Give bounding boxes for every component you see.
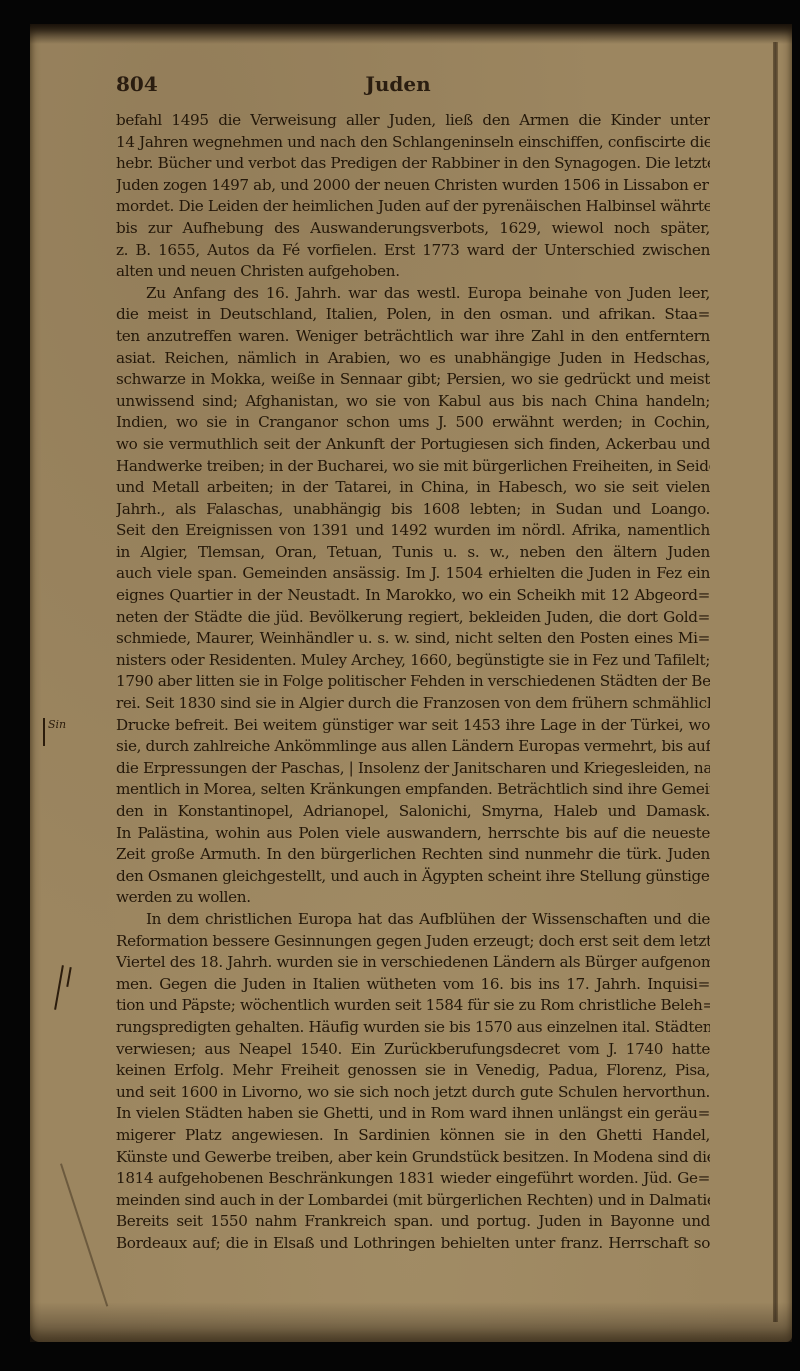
text-line: Handwerke treiben; in der Bucharei, wo s… xyxy=(116,456,710,478)
text-line: z. B. 1655, Autos da Fé vorfielen. Erst … xyxy=(116,240,710,262)
text-line: bis zur Aufhebung des Auswanderungsverbo… xyxy=(116,218,710,240)
text-line: Bereits seit 1550 nahm Frankreich span. … xyxy=(116,1211,710,1233)
text-line: werden zu wollen. xyxy=(116,887,710,909)
text-line: alten und neuen Christen aufgehoben. xyxy=(116,261,710,283)
text-line: Zu Anfang des 16. Jahrh. war das westl. … xyxy=(116,283,710,305)
text-line: schwarze in Mokka, weiße in Sennaar gibt… xyxy=(116,369,710,391)
paper-crease xyxy=(60,1163,108,1306)
text-line: den Osmanen gleichgestellt, und auch in … xyxy=(116,866,710,888)
text-line: 14 Jahren wegnehmen und nach den Schlang… xyxy=(116,132,710,154)
text-line: und seit 1600 in Livorno, wo sie sich no… xyxy=(116,1082,710,1104)
page-bottom-edge xyxy=(30,1302,792,1342)
running-head: Juden xyxy=(88,72,708,96)
text-line: ten anzutreffen waren. Weniger beträchtl… xyxy=(116,326,710,348)
text-line: den in Konstantinopel, Adrianopel, Salon… xyxy=(116,801,710,823)
text-line: rungspredigten gehalten. Häufig wurden s… xyxy=(116,1017,710,1039)
page-top-edge xyxy=(30,24,792,44)
text-line: Bordeaux auf; die in Elsaß und Lothringe… xyxy=(116,1233,710,1255)
text-line: migerer Platz angewiesen. In Sardinien k… xyxy=(116,1125,710,1147)
text-line: verwiesen; aus Neapel 1540. Ein Zurückbe… xyxy=(116,1039,710,1061)
text-line: In Palästina, wohin aus Polen viele ausw… xyxy=(116,823,710,845)
text-line: asiat. Reichen, nämlich in Arabien, wo e… xyxy=(116,348,710,370)
text-line: sie, durch zahlreiche Ankömmlinge aus al… xyxy=(116,736,710,758)
page-header: 804 Juden xyxy=(88,72,708,102)
text-line: Viertel des 18. Jahrh. wurden sie in ver… xyxy=(116,952,710,974)
text-line: eignes Quartier in der Neustadt. In Maro… xyxy=(116,585,710,607)
text-line: wo sie vermuthlich seit der Ankunft der … xyxy=(116,434,710,456)
text-line: hebr. Bücher und verbot das Predigen der… xyxy=(116,153,710,175)
text-line: und Metall arbeiten; in der Tatarei, in … xyxy=(116,477,710,499)
text-line: Jahrh., als Falaschas, unabhängig bis 16… xyxy=(116,499,710,521)
text-line: tion und Päpste; wöchentlich wurden seit… xyxy=(116,995,710,1017)
text-line: Reformation bessere Gesinnungen gegen Ju… xyxy=(116,931,710,953)
text-line: auch viele span. Gemeinden ansässig. Im … xyxy=(116,563,710,585)
text-line: Drucke befreit. Bei weitem günstiger war… xyxy=(116,715,710,737)
text-line: Juden zogen 1497 ab, und 2000 der neuen … xyxy=(116,175,710,197)
text-line: Künste und Gewerbe treiben, aber kein Gr… xyxy=(116,1147,710,1169)
margin-annotation-1: Sin xyxy=(43,718,66,746)
text-line: in Algier, Tlemsan, Oran, Tetuan, Tunis … xyxy=(116,542,710,564)
page-fold-edge xyxy=(773,42,778,1322)
text-line: neten der Städte die jüd. Bevölkerung re… xyxy=(116,607,710,629)
text-line: rei. Seit 1830 sind sie in Algier durch … xyxy=(116,693,710,715)
text-line: mentlich in Morea, selten Kränkungen emp… xyxy=(116,779,710,801)
text-line: men. Gegen die Juden in Italien wütheten… xyxy=(116,974,710,996)
text-line: 1790 aber litten sie in Folge politische… xyxy=(116,671,710,693)
text-line: In dem christlichen Europa hat das Aufbl… xyxy=(116,909,710,931)
text-line: keinen Erfolg. Mehr Freiheit genossen si… xyxy=(116,1060,710,1082)
text-line: 1814 aufgehobenen Beschränkungen 1831 wi… xyxy=(116,1168,710,1190)
text-line: In vielen Städten haben sie Ghetti, und … xyxy=(116,1103,710,1125)
margin-mark-icon xyxy=(43,718,45,746)
text-line: schmiede, Maurer, Weinhändler u. s. w. s… xyxy=(116,628,710,650)
text-line: meinden sind auch in der Lombardei (mit … xyxy=(116,1190,710,1212)
text-line: Seit den Ereignissen von 1391 und 1492 w… xyxy=(116,520,710,542)
body-text: befahl 1495 die Verweisung aller Juden, … xyxy=(116,110,710,1254)
text-line: nisters oder Residenten. Muley Archey, 1… xyxy=(116,650,710,672)
text-line: mordet. Die Leiden der heimlichen Juden … xyxy=(116,196,710,218)
margin-annotation-text: Sin xyxy=(48,718,66,731)
text-line: die Erpressungen der Paschas, | Insolenz… xyxy=(116,758,710,780)
text-line: Indien, wo sie in Cranganor schon ums J.… xyxy=(116,412,710,434)
text-line: die meist in Deutschland, Italien, Polen… xyxy=(116,304,710,326)
text-line: befahl 1495 die Verweisung aller Juden, … xyxy=(116,110,710,132)
text-line: unwissend sind; Afghanistan, wo sie von … xyxy=(116,391,710,413)
text-line: Zeit große Armuth. In den bürgerlichen R… xyxy=(116,844,710,866)
